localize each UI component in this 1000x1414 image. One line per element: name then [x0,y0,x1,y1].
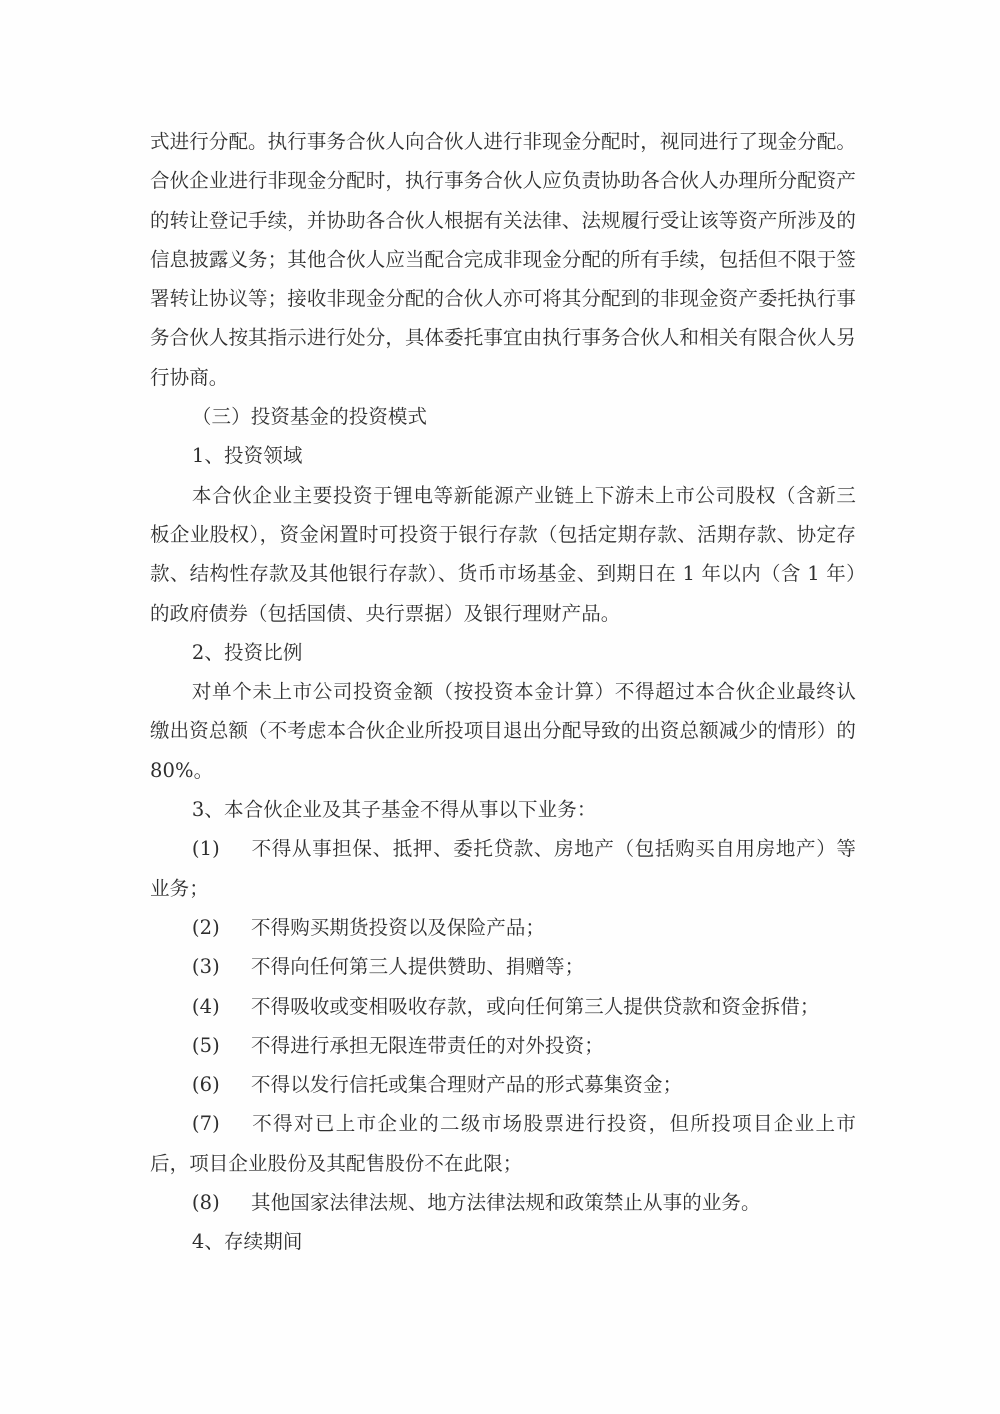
list-item: (1)不得从事担保、抵押、委托贷款、房地产（包括购买自用房地产）等业务； [150,829,856,908]
list-item: (5)不得进行承担无限连带责任的对外投资； [150,1026,856,1065]
list-item-number: (7) [192,1112,220,1135]
list-item-number: (3) [192,955,220,978]
list-item: (4)不得吸收或变相吸收存款，或向任何第三人提供贷款和资金拆借； [150,987,856,1026]
paragraph: （三）投资基金的投资模式 [150,397,856,436]
list-item-text: 不得吸收或变相吸收存款，或向任何第三人提供贷款和资金拆借； [251,995,819,1018]
document-body: 式进行分配。执行事务合伙人向合伙人进行非现金分配时，视同进行了现金分配。合伙企业… [150,122,856,1262]
list-item: (6)不得以发行信托或集合理财产品的形式募集资金； [150,1065,856,1104]
list-item-text: 不得购买期货投资以及保险产品； [251,916,545,939]
paragraph: 本合伙企业主要投资于锂电等新能源产业链上下游未上市公司股权（含新三板企业股权），… [150,476,856,633]
paragraph: 对单个未上市公司投资金额（按投资本金计算）不得超过本合伙企业最终认缴出资总额（不… [150,672,856,790]
paragraph: 式进行分配。执行事务合伙人向合伙人进行非现金分配时，视同进行了现金分配。合伙企业… [150,122,856,397]
list-item-number: (8) [192,1191,220,1214]
list-item-text: 不得以发行信托或集合理财产品的形式募集资金； [251,1073,682,1096]
list-item-number: (2) [192,916,220,939]
paragraph: 4、存续期间 [150,1222,856,1261]
document-page: 式进行分配。执行事务合伙人向合伙人进行非现金分配时，视同进行了现金分配。合伙企业… [0,0,1000,1414]
paragraph: 2、投资比例 [150,633,856,672]
list-item-number: (6) [192,1073,220,1096]
list-item: (2)不得购买期货投资以及保险产品； [150,908,856,947]
list-item-text: 不得进行承担无限连带责任的对外投资； [251,1034,604,1057]
list-item-text: 不得向任何第三人提供赞助、捐赠等； [251,955,584,978]
list-item-number: (1) [192,837,220,860]
list-item: (3)不得向任何第三人提供赞助、捐赠等； [150,947,856,986]
list-item-number: (5) [192,1034,220,1057]
paragraph: 1、投资领域 [150,436,856,475]
list-item-text: 其他国家法律法规、地方法律法规和政策禁止从事的业务。 [251,1191,761,1214]
list-item: (8)其他国家法律法规、地方法律法规和政策禁止从事的业务。 [150,1183,856,1222]
list-item-text: 不得从事担保、抵押、委托贷款、房地产（包括购买自用房地产）等业务； [150,837,856,899]
list-item-text: 不得对已上市企业的二级市场股票进行投资，但所投项目企业上市后，项目企业股份及其配… [150,1112,856,1174]
list-item-number: (4) [192,995,220,1018]
list-item: (7)不得对已上市企业的二级市场股票进行投资，但所投项目企业上市后，项目企业股份… [150,1104,856,1183]
paragraph: 3、本合伙企业及其子基金不得从事以下业务： [150,790,856,829]
